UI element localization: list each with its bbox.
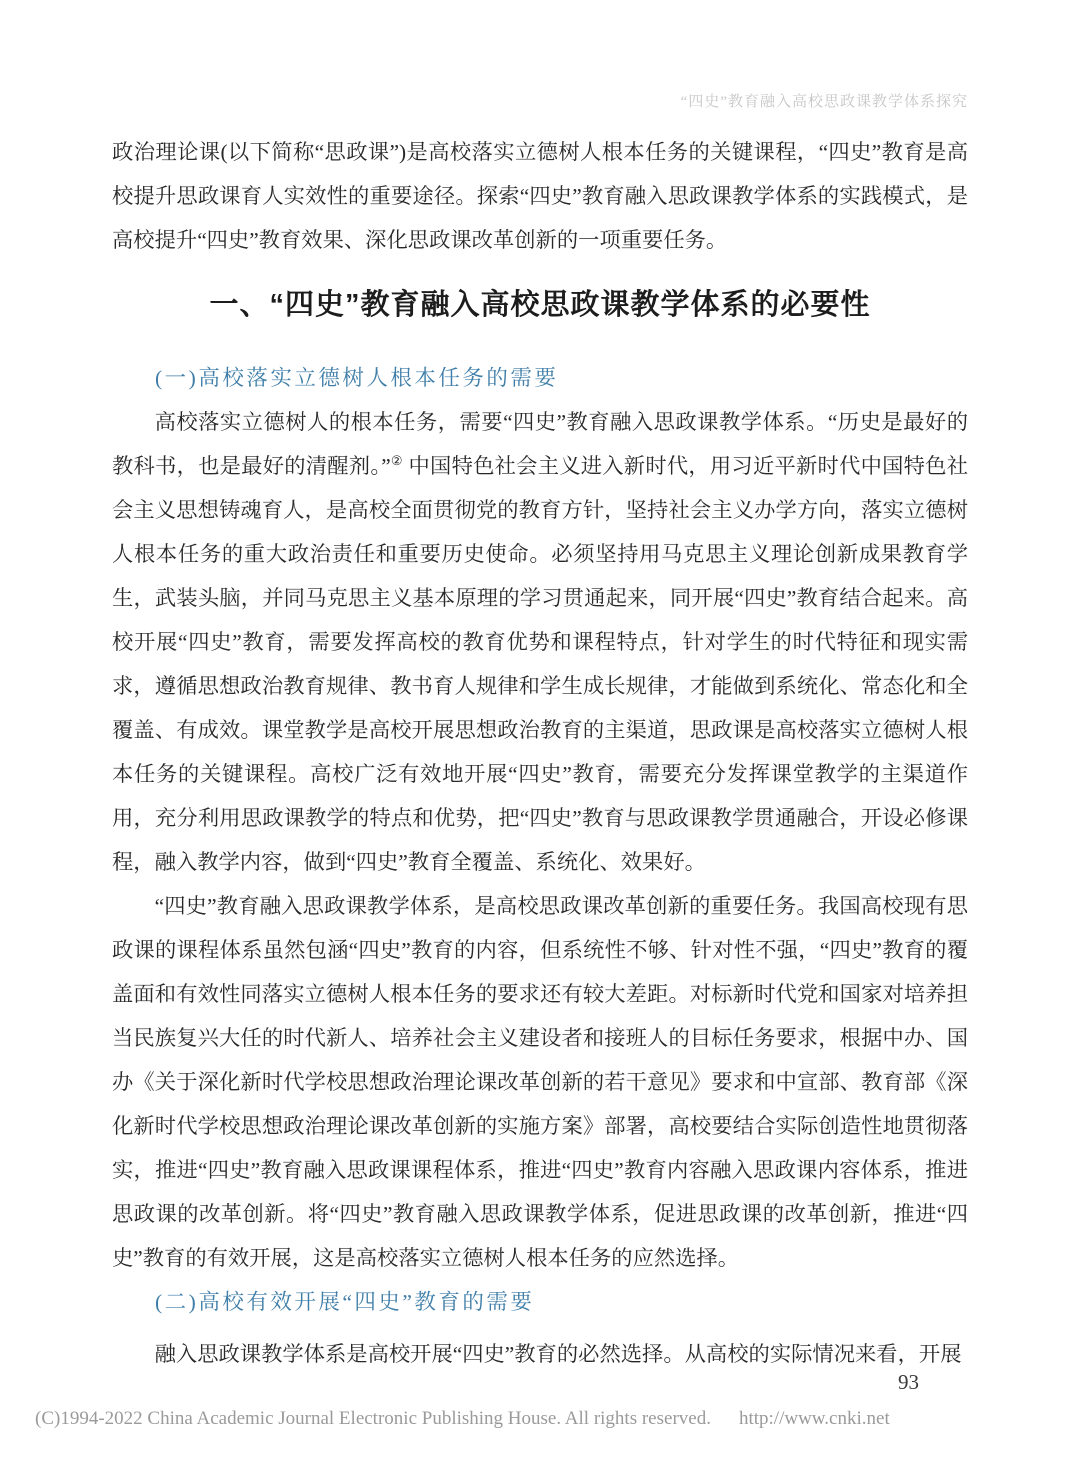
running-head: “四史”教育融入高校思政课教学体系探究 — [681, 90, 968, 111]
page-number: 93 — [898, 1370, 919, 1395]
article-content: 政治理论课(以下简称“思政课”)是高校落实立德树人根本任务的关键课程，“四史”教… — [112, 130, 968, 1376]
section-heading: 一、“四史”教育融入高校思政课教学体系的必要性 — [112, 276, 968, 334]
footer-copyright: (C)1994-2022 China Academic Journal Elec… — [35, 1408, 711, 1429]
subheading-2: (二)高校有效开展“四史”教育的需要 — [112, 1280, 968, 1324]
footer: (C)1994-2022 China Academic Journal Elec… — [35, 1408, 1045, 1430]
body-paragraph-2: 高校落实立德树人的根本任务，需要“四史”教育融入思政课教学体系。“历史是最好的教… — [112, 400, 968, 884]
intro-paragraph: 政治理论课(以下简称“思政课”)是高校落实立德树人根本任务的关键课程，“四史”教… — [112, 130, 968, 262]
journal-page: “四史”教育融入高校思政课教学体系探究 政治理论课(以下简称“思政课”)是高校落… — [0, 0, 1080, 1465]
footnote-marker: ② — [391, 453, 403, 468]
body-paragraph-3: “四史”教育融入思政课教学体系，是高校思政课改革创新的重要任务。我国高校现有思政… — [112, 884, 968, 1280]
paragraph-2-text-after-note: 中国特色社会主义进入新时代，用习近平新时代中国特色社会主义思想铸魂育人，是高校全… — [112, 454, 968, 874]
subheading-1: (一)高校落实立德树人根本任务的需要 — [112, 356, 968, 400]
footer-url: http://www.cnki.net — [739, 1408, 890, 1429]
body-paragraph-4: 融入思政课教学体系是高校开展“四史”教育的必然选择。从高校的实际情况来看，开展 — [112, 1332, 968, 1376]
